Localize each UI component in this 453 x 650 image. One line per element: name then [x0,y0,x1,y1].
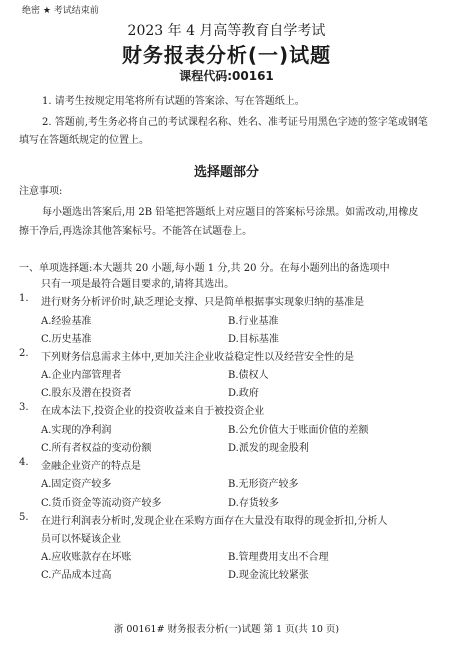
option-c: C.所有者权益的变动份额 [41,439,151,454]
option-a: A.固定资产较多 [41,475,111,490]
exam-title: 财务报表分析(一)试题 [0,39,453,68]
option-b: B.债权人 [228,366,269,381]
part-heading-line-1: 一、单项选择题:本大题共 20 小题,每小题 1 分,共 20 分。在每小题列出… [19,259,390,274]
option-b: B.无形资产较多 [228,475,299,490]
option-b: B.公允价值大于账面价值的差额 [228,421,369,436]
instruction-2-line-1: 2. 答题前,考生务必将自己的考试课程名称、姓名、准考证号用黑色字迹的签字笔或钢… [42,114,428,132]
option-b: B.管理费用支出不合理 [228,548,329,563]
section-title: 选择题部分 [0,161,453,180]
question-stem-line-2: 员可以怀疑该企业 [41,530,121,545]
option-c: C.历史基准 [41,330,91,345]
option-a: A.实现的净利润 [41,421,111,436]
exam-session-title: 2023 年 4 月高等教育自学考试 [0,20,453,40]
question-stem: 金融企业资产的特点是 [41,457,141,472]
option-d: D.现金流比较紧张 [228,566,309,581]
part-heading-line-2: 只有一项是最符合题目要求的,请将其选出。 [41,275,234,290]
option-a: A.经验基准 [41,312,91,327]
option-a: A.应收账款存在坏账 [41,548,131,563]
notice-label: 注意事项: [19,183,62,201]
course-code: 课程代码:00161 [0,67,453,84]
question-stem: 下列财务信息需求主体中,更加关注企业收益稳定性以及经营安全性的是 [41,348,354,363]
option-d: D.政府 [228,384,259,399]
confidential-label: 绝密 ★ 考试结束前 [22,3,99,16]
question-number: 3. [19,402,29,413]
notice-line-2: 擦干净后,再选涂其他答案标号。不能答在试题卷上。 [19,223,252,241]
question-stem-line-1: 在进行利润表分析时,发现企业在采购方面存在大量没有取得的现金折扣,分析人 [41,512,387,527]
option-c: C.股东及潜在投资者 [41,384,131,399]
question-stem: 进行财务分析评价时,缺乏理论支撑、只是简单根据事实现象归纳的基准是 [41,293,364,308]
option-c: C.产品成本过高 [41,566,111,581]
notice-line-1: 每小题选出答案后,用 2B 铅笔把答题纸上对应题目的答案标号涂黑。如需改动,用橡… [42,204,418,222]
question-number: 5. [19,512,29,523]
option-a: A.企业内部管理者 [41,366,121,381]
instruction-2-line-2: 填写在答题纸规定的位置上。 [19,132,149,150]
option-d: D.派发的现金股利 [228,439,309,454]
option-d: D.存货较多 [228,494,279,509]
page-footer: 浙 00161# 财务报表分析(一)试题 第 1 页(共 10 页) [0,621,453,635]
question-number: 4. [19,457,29,468]
option-d: D.目标基准 [228,330,279,345]
question-number: 2. [19,348,29,359]
instruction-1: 1. 请考生按规定用笔将所有试题的答案涂、写在答题纸上。 [42,93,305,111]
option-c: C.货币资金等流动资产较多 [41,494,161,509]
question-number: 1. [19,293,29,304]
option-b: B.行业基准 [228,312,279,327]
question-stem: 在成本法下,投资企业的投资收益来自于被投资企业 [41,402,264,417]
